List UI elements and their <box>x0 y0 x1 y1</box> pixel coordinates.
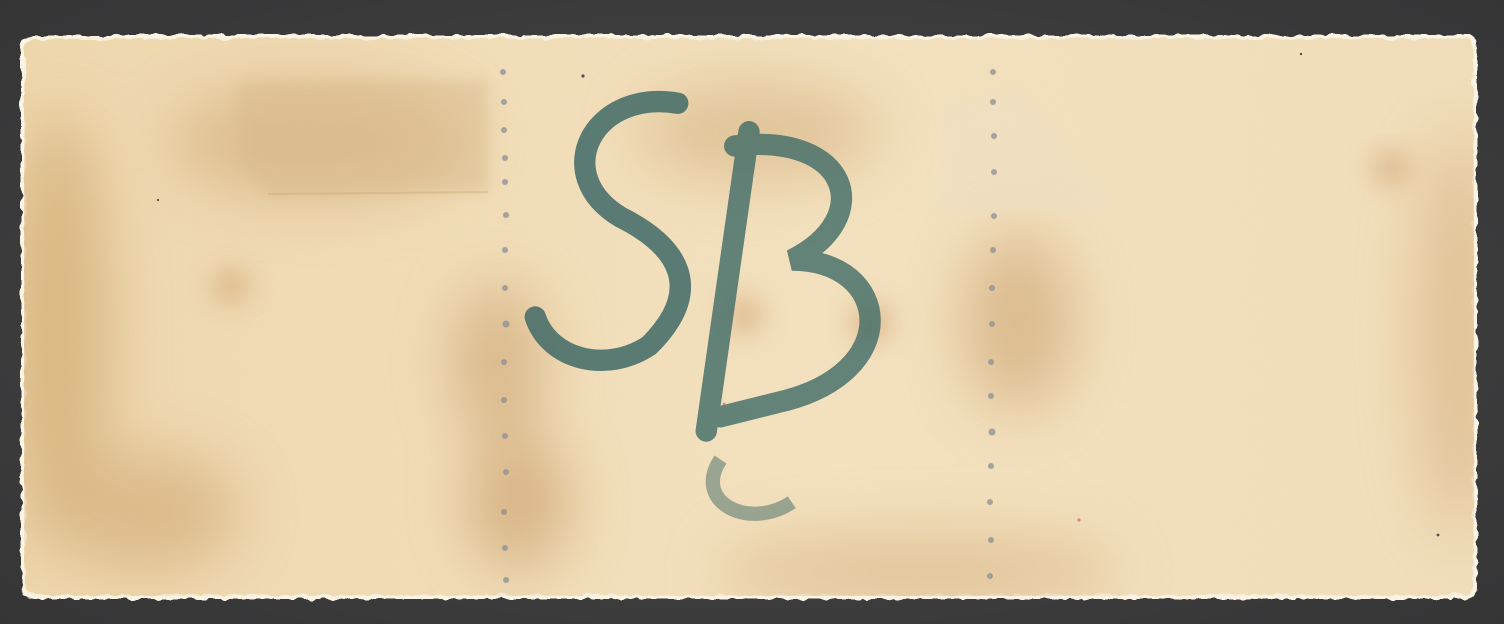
stamp-photo: Reverse side of a horizontal strip of th… <box>0 0 1504 624</box>
stamp-strip <box>18 32 1480 602</box>
pencil-mark <box>18 32 1480 602</box>
